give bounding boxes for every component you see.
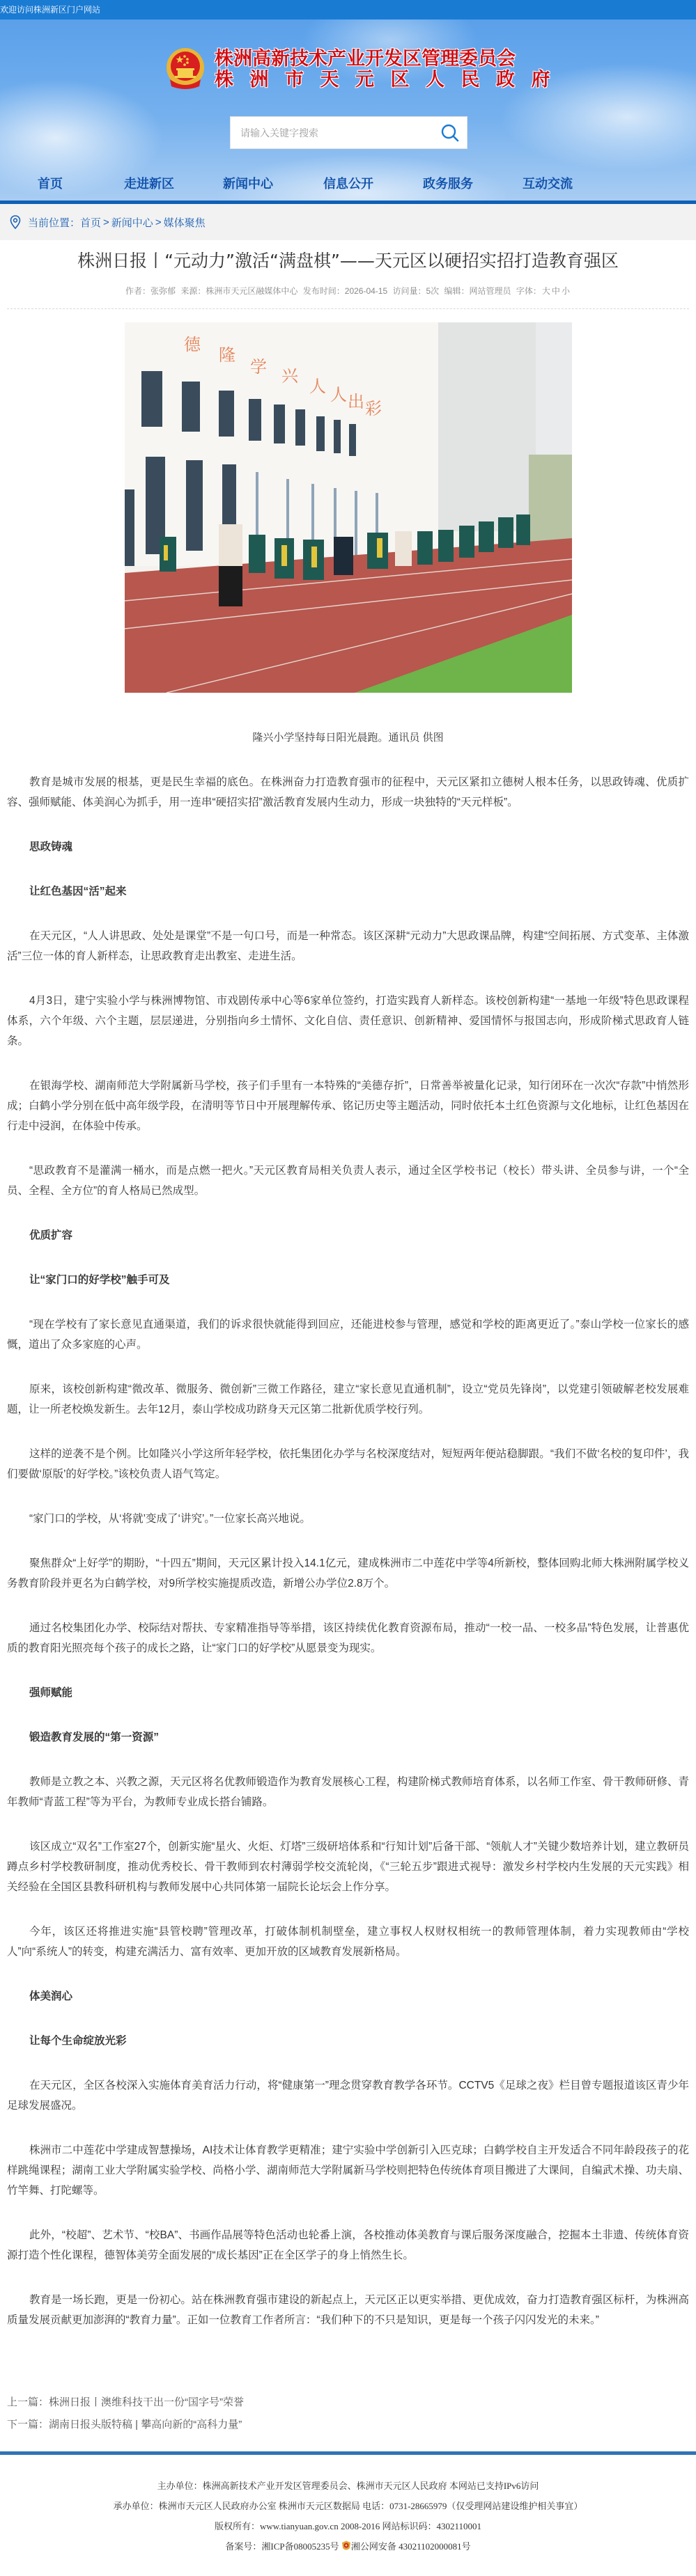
paragraph: 教育是城市发展的根基，更是民生幸福的底色。在株洲奋力打造教育强市的征程中，天元区… [7,772,689,812]
national-emblem-icon [166,47,205,91]
section-heading: 优质扩容 [7,1225,689,1246]
paragraph: 株洲市二中莲花中学建成智慧操场，AI技术让体育教学更精准；建宁实验中学创新引入匹… [7,2140,689,2201]
sign-char: 出 [348,392,364,411]
site-title-line1: 株洲高新技术产业开发区管理委员会 [215,49,535,70]
nav-interaction[interactable]: 互动交流 [523,174,573,192]
search-input[interactable] [231,117,426,148]
section-subheading: 让红色基因“活”起来 [7,881,689,902]
paragraph: 通过名校集团化办学、校际结对帮扶、专家精准指导等举措，该区持续优化教育资源布局，… [7,1618,689,1658]
main-nav: 首页 走进新区 新闻中心 信息公开 政务服务 互动交流 [0,166,696,201]
top-welcome-bar: 欢迎访问株洲新区门户网站 [0,0,696,19]
footer-record: 备案号：湘ICP备08005235号 湘公网安备 43021102000081号 [0,2536,696,2557]
sign-char: 学 [250,357,267,377]
meta-source: 来源：株洲市天元区融媒体中心 [180,286,297,296]
prev-article: 上一篇：株洲日报丨澳维科技干出一份“国字号”荣誉 [7,2392,689,2414]
footer-copyright: 版权所有：www.tianyuan.gov.cn 2008-2016 网站标识码… [0,2516,696,2536]
paragraph: 该区成立“双名”工作室27个，创新实施“星火、火炬、灯塔”三级研培体系和“行知计… [7,1837,689,1897]
section-subheading: 让每个生命绽放光彩 [7,2031,689,2051]
breadcrumb-home[interactable]: 首页 [80,215,101,230]
article: 株洲日报丨“元动力”激活“满盘棋”——天元区以硬招实招打造教育强区 作者：张弥郁… [0,249,696,2436]
font-size-small[interactable]: 小 [562,286,570,296]
section-heading: 强师赋能 [7,1683,689,1703]
sign-char: 人 [309,377,326,396]
article-photo: 德 隆 学 兴 人 人 出 彩 [125,322,572,693]
footer-sponsor: 主办单位：株洲高新技术产业开发区管理委员会、株洲市天元区人民政府 本网站已支持I… [0,2476,696,2496]
nav-gov-services[interactable]: 政务服务 [423,174,473,192]
location-pin-icon [10,215,21,229]
nav-about-district[interactable]: 走进新区 [124,174,174,192]
police-record-link[interactable]: 湘公网安备 43021102000081号 [351,2541,471,2552]
prev-article-link[interactable]: 株洲日报丨澳维科技干出一份“国字号”荣誉 [49,2396,244,2408]
next-article: 下一篇：湖南日报头版特稿 | 攀高向新的“高科力量” [7,2414,689,2436]
breadcrumb-label: 当前位置： [28,215,80,230]
sign-char: 德 [184,335,201,354]
paragraph: 教师是立教之本、兴教之源，天元区将名优教师锻造作为教育发展核心工程，构建阶梯式教… [7,1772,689,1812]
section-subheading: 锻造教育发展的“第一资源” [7,1727,689,1748]
site-title: 株洲高新技术产业开发区管理委员会 株洲市天元区人民政府 [215,49,535,91]
section-heading: 体美润心 [7,1986,689,2006]
breadcrumb-news-center[interactable]: 新闻中心 [111,215,153,230]
article-body: 教育是城市发展的根基，更是民生幸福的底色。在株洲奋力打造教育强市的征程中，天元区… [7,772,689,2330]
search-box [230,116,467,149]
police-badge-icon [341,2540,351,2552]
paragraph: 4月3日，建宁实验小学与株洲博物馆、市戏剧传承中心等6家单位签约，打造实践育人新… [7,991,689,1051]
breadcrumb: 当前位置： 首页 > 新闻中心 > 媒体聚焦 [0,204,696,240]
site-title-line2: 株洲市天元区人民政府 [215,70,535,91]
paragraph: 在天元区，全区各校深入实施体育美育活力行动，将“健康第一”理念贯穿教育教学各环节… [7,2075,689,2116]
paragraph: 教育是一场长跑，更是一份初心。站在株洲教育强市建设的新起点上，天元区正以更实举措… [7,2290,689,2330]
nav-news-center[interactable]: 新闻中心 [223,174,273,192]
prev-label: 上一篇： [7,2396,49,2408]
paragraph: 原来，该校创新构建“微改革、微服务、微创新”三微工作路径，建立“家长意见直通机制… [7,1379,689,1420]
next-article-link[interactable]: 湖南日报头版特稿 | 攀高向新的“高科力量” [49,2419,242,2430]
article-meta: 作者：张弥郁 来源：株洲市天元区融媒体中心 发布时间：2026-04-15 访问… [7,285,689,297]
meta-font-label: 字体： [516,286,541,296]
breadcrumb-media-focus[interactable]: 媒体聚焦 [164,215,206,230]
nav-info-disclosure[interactable]: 信息公开 [323,174,373,192]
prev-next-links: 上一篇：株洲日报丨澳维科技干出一份“国字号”荣誉 下一篇：湖南日报头版特稿 | … [7,2392,689,2436]
font-size-large[interactable]: 大 [542,286,550,296]
meta-views: 访问量：5次 [393,286,440,296]
paragraph: “现在学校有了家长意见直通渠道，我们的诉求很快就能得到回应，还能进校参与管理，感… [7,1314,689,1355]
breadcrumb-separator: > [103,217,109,228]
paragraph: “思政教育不是灌满一桶水，而是点燃一把火。”天元区教育局相关负责人表示，通过全区… [7,1161,689,1201]
image-caption: 隆兴小学坚持每日阳光晨跑。通讯员 供图 [7,728,689,748]
paragraph: 在银海学校、湖南师范大学附属新马学校，孩子们手里有一本特殊的“美德存折”，日常善… [7,1076,689,1136]
breadcrumb-separator: > [155,217,162,228]
paragraph: 这样的逆袭不是个例。比如隆兴小学这所年轻学校，依托集团化办学与名校深度结对，短短… [7,1444,689,1484]
paragraph: 今年，该区还将推进实施“县管校聘”管理改革，打破体制机制壁垒，建立事权人权财权相… [7,1922,689,1962]
article-title: 株洲日报丨“元动力”激活“满盘棋”——天元区以硬招实招打造教育强区 [7,249,689,274]
welcome-text: 欢迎访问株洲新区门户网站 [0,5,100,15]
sign-char: 隆 [219,345,235,365]
paragraph: 此外，“校超”、艺术节、“校BA”、书画作品展等特色活动也轮番上演，各校推动体美… [7,2225,689,2265]
sign-char: 彩 [365,399,382,418]
nav-home[interactable]: 首页 [38,174,63,192]
meta-date: 发布时间：2026-04-15 [303,286,387,296]
search-icon[interactable] [440,123,460,143]
icp-record-link[interactable]: 备案号：湘ICP备08005235号 [225,2541,339,2552]
meta-divider [7,308,689,309]
site-header: 株洲高新技术产业开发区管理委员会 株洲市天元区人民政府 首页 走进新区 新闻中心… [0,19,696,201]
meta-author: 作者：张弥郁 [125,286,176,296]
font-size-medium[interactable]: 中 [552,286,560,296]
paragraph: 在天元区，“人人讲思政、处处是课堂”不是一句口号，而是一种常态。该区深耕“元动力… [7,926,689,966]
section-heading: 思政铸魂 [7,837,689,857]
section-subheading: 让“家门口的好学校”触手可及 [7,1270,689,1290]
sign-char: 人 [330,385,347,405]
site-footer: 主办单位：株洲高新技术产业开发区管理委员会、株洲市天元区人民政府 本网站已支持I… [0,2455,696,2559]
meta-editor: 编辑：网站管理员 [444,286,511,296]
sign-char: 兴 [281,366,299,386]
footer-organizer: 承办单位：株洲市天元区人民政府办公室 株洲市天元区数据局 电话：0731-286… [0,2496,696,2516]
paragraph: 聚焦群众“上好学”的期盼，“十四五”期间，天元区累计投入14.1亿元，建成株洲市… [7,1553,689,1594]
next-label: 下一篇： [7,2419,49,2430]
paragraph: “家门口的学校，从‘将就’变成了‘讲究’。”一位家长高兴地说。 [7,1509,689,1529]
